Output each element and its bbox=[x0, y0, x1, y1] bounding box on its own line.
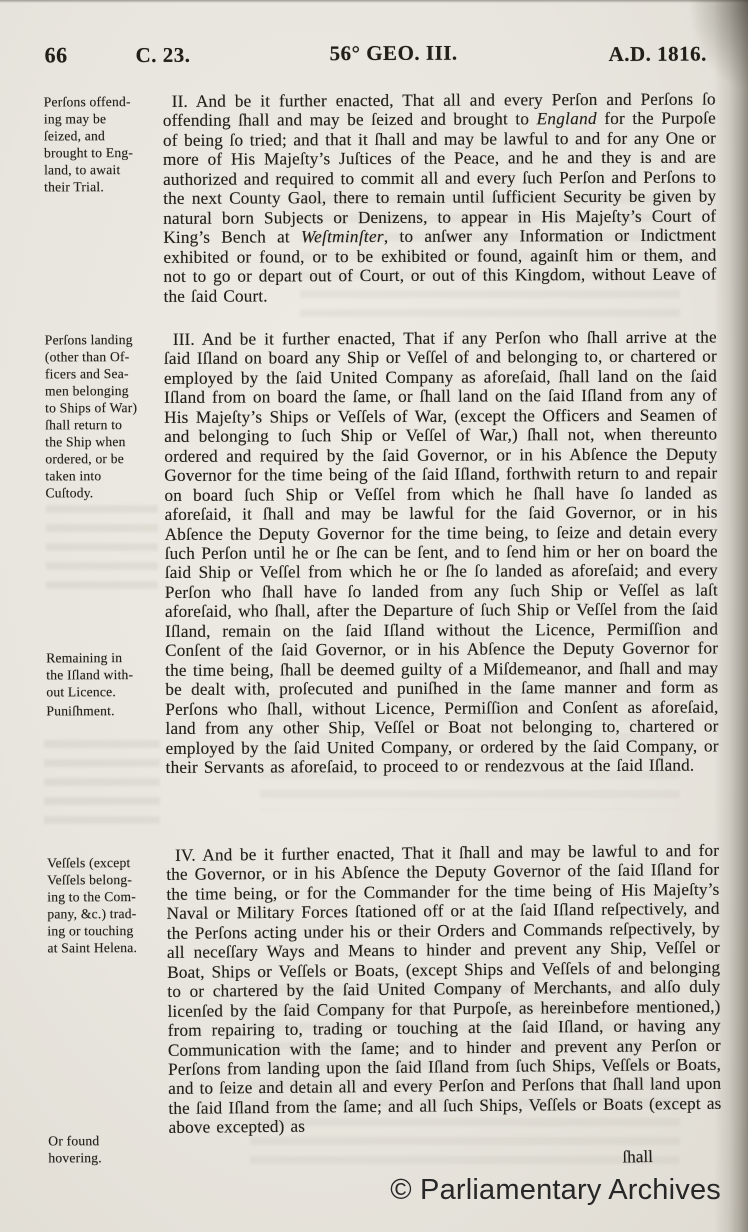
paragraph-section-iii: III. And be it further enacted, That if … bbox=[164, 328, 719, 778]
year-label: A.D. 1816. bbox=[608, 42, 706, 67]
margin-note-punishment: Puniſhment. bbox=[46, 702, 164, 720]
regnal-title: 56° GEO. III. bbox=[329, 41, 457, 67]
page-number: 66 bbox=[44, 42, 67, 68]
chapter-number: C. 23. bbox=[135, 43, 190, 68]
scanned-act-page: 66 C. 23. 56° GEO. III. A.D. 1816. Perſo… bbox=[0, 0, 748, 1232]
margin-note-vessels-trading: Veſſels (except Veſſels belong- ing to t… bbox=[47, 854, 165, 957]
paragraph-section-iv: IV. And be it further enacted, That it ſ… bbox=[166, 841, 722, 1138]
copyright-watermark: © Parliamentary Archives bbox=[390, 1174, 721, 1207]
margin-note-persons-offending: Perſons offend- ing may be ſeized, and b… bbox=[44, 93, 162, 196]
italic-england: England bbox=[537, 109, 597, 128]
paragraph-section-ii: II. And be it further enacted, That all … bbox=[163, 90, 717, 306]
margin-note-persons-landing: Perſons landing (other than Of- ficers a… bbox=[45, 331, 164, 502]
italic-westminster: Weſtminſter bbox=[301, 227, 384, 246]
margin-note-remaining-without-licence: Remaining in the Iſland with- out Licenc… bbox=[46, 649, 164, 701]
page-content: 66 C. 23. 56° GEO. III. A.D. 1816. Perſo… bbox=[0, 0, 748, 1232]
margin-note-or-found-hovering: Or found hovering. bbox=[48, 1132, 166, 1167]
catchword: ſhall bbox=[622, 1146, 712, 1168]
